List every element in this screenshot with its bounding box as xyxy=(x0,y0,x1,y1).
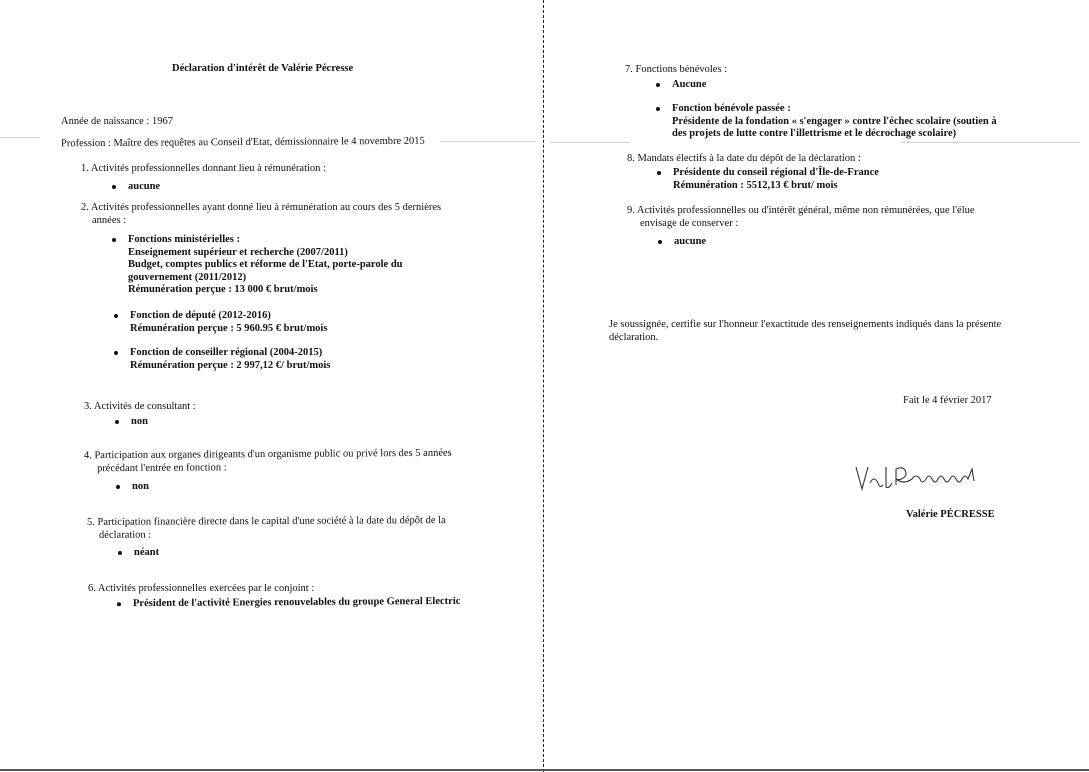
item-4-heading: 4. Participation aux organes dirigeants … xyxy=(84,448,452,476)
mandate-remuneration: Rémunération : 5512,13 € brut/ mois xyxy=(673,180,879,193)
depute-label: Fonction de député (2012-2016) xyxy=(130,310,327,323)
item-2-bullet-depute: Fonction de député (2012-2016) Rémunérat… xyxy=(130,310,327,335)
document-title: Déclaration d'intérêt de Valérie Pécress… xyxy=(172,63,353,76)
attestation: Je soussignée, certifie sur l'honneur l'… xyxy=(609,319,1001,344)
item-2-bullet-ministerial: Fonctions ministérielles : Enseignement … xyxy=(128,234,403,297)
ministerial-role-2-cont: gouvernement (2011/2012) xyxy=(128,272,403,285)
scan-artifact-line xyxy=(550,142,630,143)
profession: Profession : Maître des requêtes au Cons… xyxy=(61,136,425,151)
past-volunteer-role-cont: des projets de lutte contre l'illettrism… xyxy=(672,128,997,141)
attestation-line2: déclaration. xyxy=(609,332,1001,345)
item-5-bullet: néant xyxy=(134,547,159,560)
item-8-heading: 8. Mandats électifs à la date du dépôt d… xyxy=(627,153,861,166)
item-6-bullet: Président de l'activité Energies renouve… xyxy=(133,596,460,611)
item-9-bullet: aucune xyxy=(674,236,706,249)
past-volunteer-label: Fonction bénévole passée : xyxy=(672,103,997,116)
item-7-bullet-past: Fonction bénévole passée : Présidente de… xyxy=(672,103,997,141)
scan-artifact-line xyxy=(0,137,40,138)
signatory-name: Valérie PÉCRESSE xyxy=(906,509,995,522)
item-2-heading-line2: années : xyxy=(81,215,441,228)
mandate-role: Présidente du conseil régional d'Île-de-… xyxy=(673,167,879,180)
item-3-bullet: non xyxy=(131,416,148,429)
item-9-heading-line1: 9. Activités professionnelles ou d'intér… xyxy=(627,205,975,218)
item-5-heading-line1: 5. Participation financière directe dans… xyxy=(87,515,446,529)
item-1-bullet: aucune xyxy=(128,181,160,194)
birth-year: Année de naissance : 1967 xyxy=(61,116,173,129)
item-4-bullet: non xyxy=(132,481,149,494)
signature-date: Fait le 4 février 2017 xyxy=(903,395,992,408)
ministerial-label: Fonctions ministérielles : xyxy=(128,234,403,247)
item-4-heading-line2: précédant l'entrée en fonction : xyxy=(84,460,452,475)
ministerial-role-1: Enseignement supérieur et recherche (200… xyxy=(128,247,403,260)
depute-remuneration: Rémunération perçue : 5 960.95 € brut/mo… xyxy=(130,323,327,336)
ministerial-remuneration: Rémunération perçue : 13 000 € brut/mois xyxy=(128,284,403,297)
past-volunteer-role: Présidente de la fondation « s'engager »… xyxy=(672,116,997,129)
page-bottom-edge xyxy=(0,769,1089,771)
item-5-heading-line2: déclaration : xyxy=(87,528,446,542)
scan-artifact-line xyxy=(440,141,536,142)
regional-label: Fonction de conseiller régional (2004-20… xyxy=(130,347,330,360)
item-7-heading: 7. Fonctions bénévoles : xyxy=(625,64,727,77)
attestation-line1: Je soussignée, certifie sur l'honneur l'… xyxy=(609,319,1001,332)
ministerial-role-2: Budget, comptes publics et réforme de l'… xyxy=(128,259,403,272)
handwritten-signature xyxy=(852,461,1032,497)
item-7-bullet-current: Aucune xyxy=(672,79,706,92)
item-5-heading: 5. Participation financière directe dans… xyxy=(87,515,446,542)
page-divider-dashed xyxy=(543,0,544,772)
scan-artifact-line xyxy=(900,142,1080,143)
regional-remuneration: Rémunération perçue : 2 997,12 €/ brut/m… xyxy=(130,360,330,373)
item-9-heading: 9. Activités professionnelles ou d'intér… xyxy=(627,205,975,230)
item-9-heading-line2: envisage de conserver : xyxy=(627,218,975,231)
item-3-heading: 3. Activités de consultant : xyxy=(84,401,196,414)
item-1-heading: 1. Activités professionnelles donnant li… xyxy=(81,163,326,176)
item-4-heading-line1: 4. Participation aux organes dirigeants … xyxy=(84,448,452,463)
item-8-bullet: Présidente du conseil régional d'Île-de-… xyxy=(673,167,879,192)
item-2-heading-line1: 2. Activités professionnelles ayant donn… xyxy=(81,202,441,215)
item-2-heading: 2. Activités professionnelles ayant donn… xyxy=(81,202,441,227)
item-6-heading: 6. Activités professionnelles exercées p… xyxy=(88,583,314,596)
item-2-bullet-regional: Fonction de conseiller régional (2004-20… xyxy=(130,347,330,372)
